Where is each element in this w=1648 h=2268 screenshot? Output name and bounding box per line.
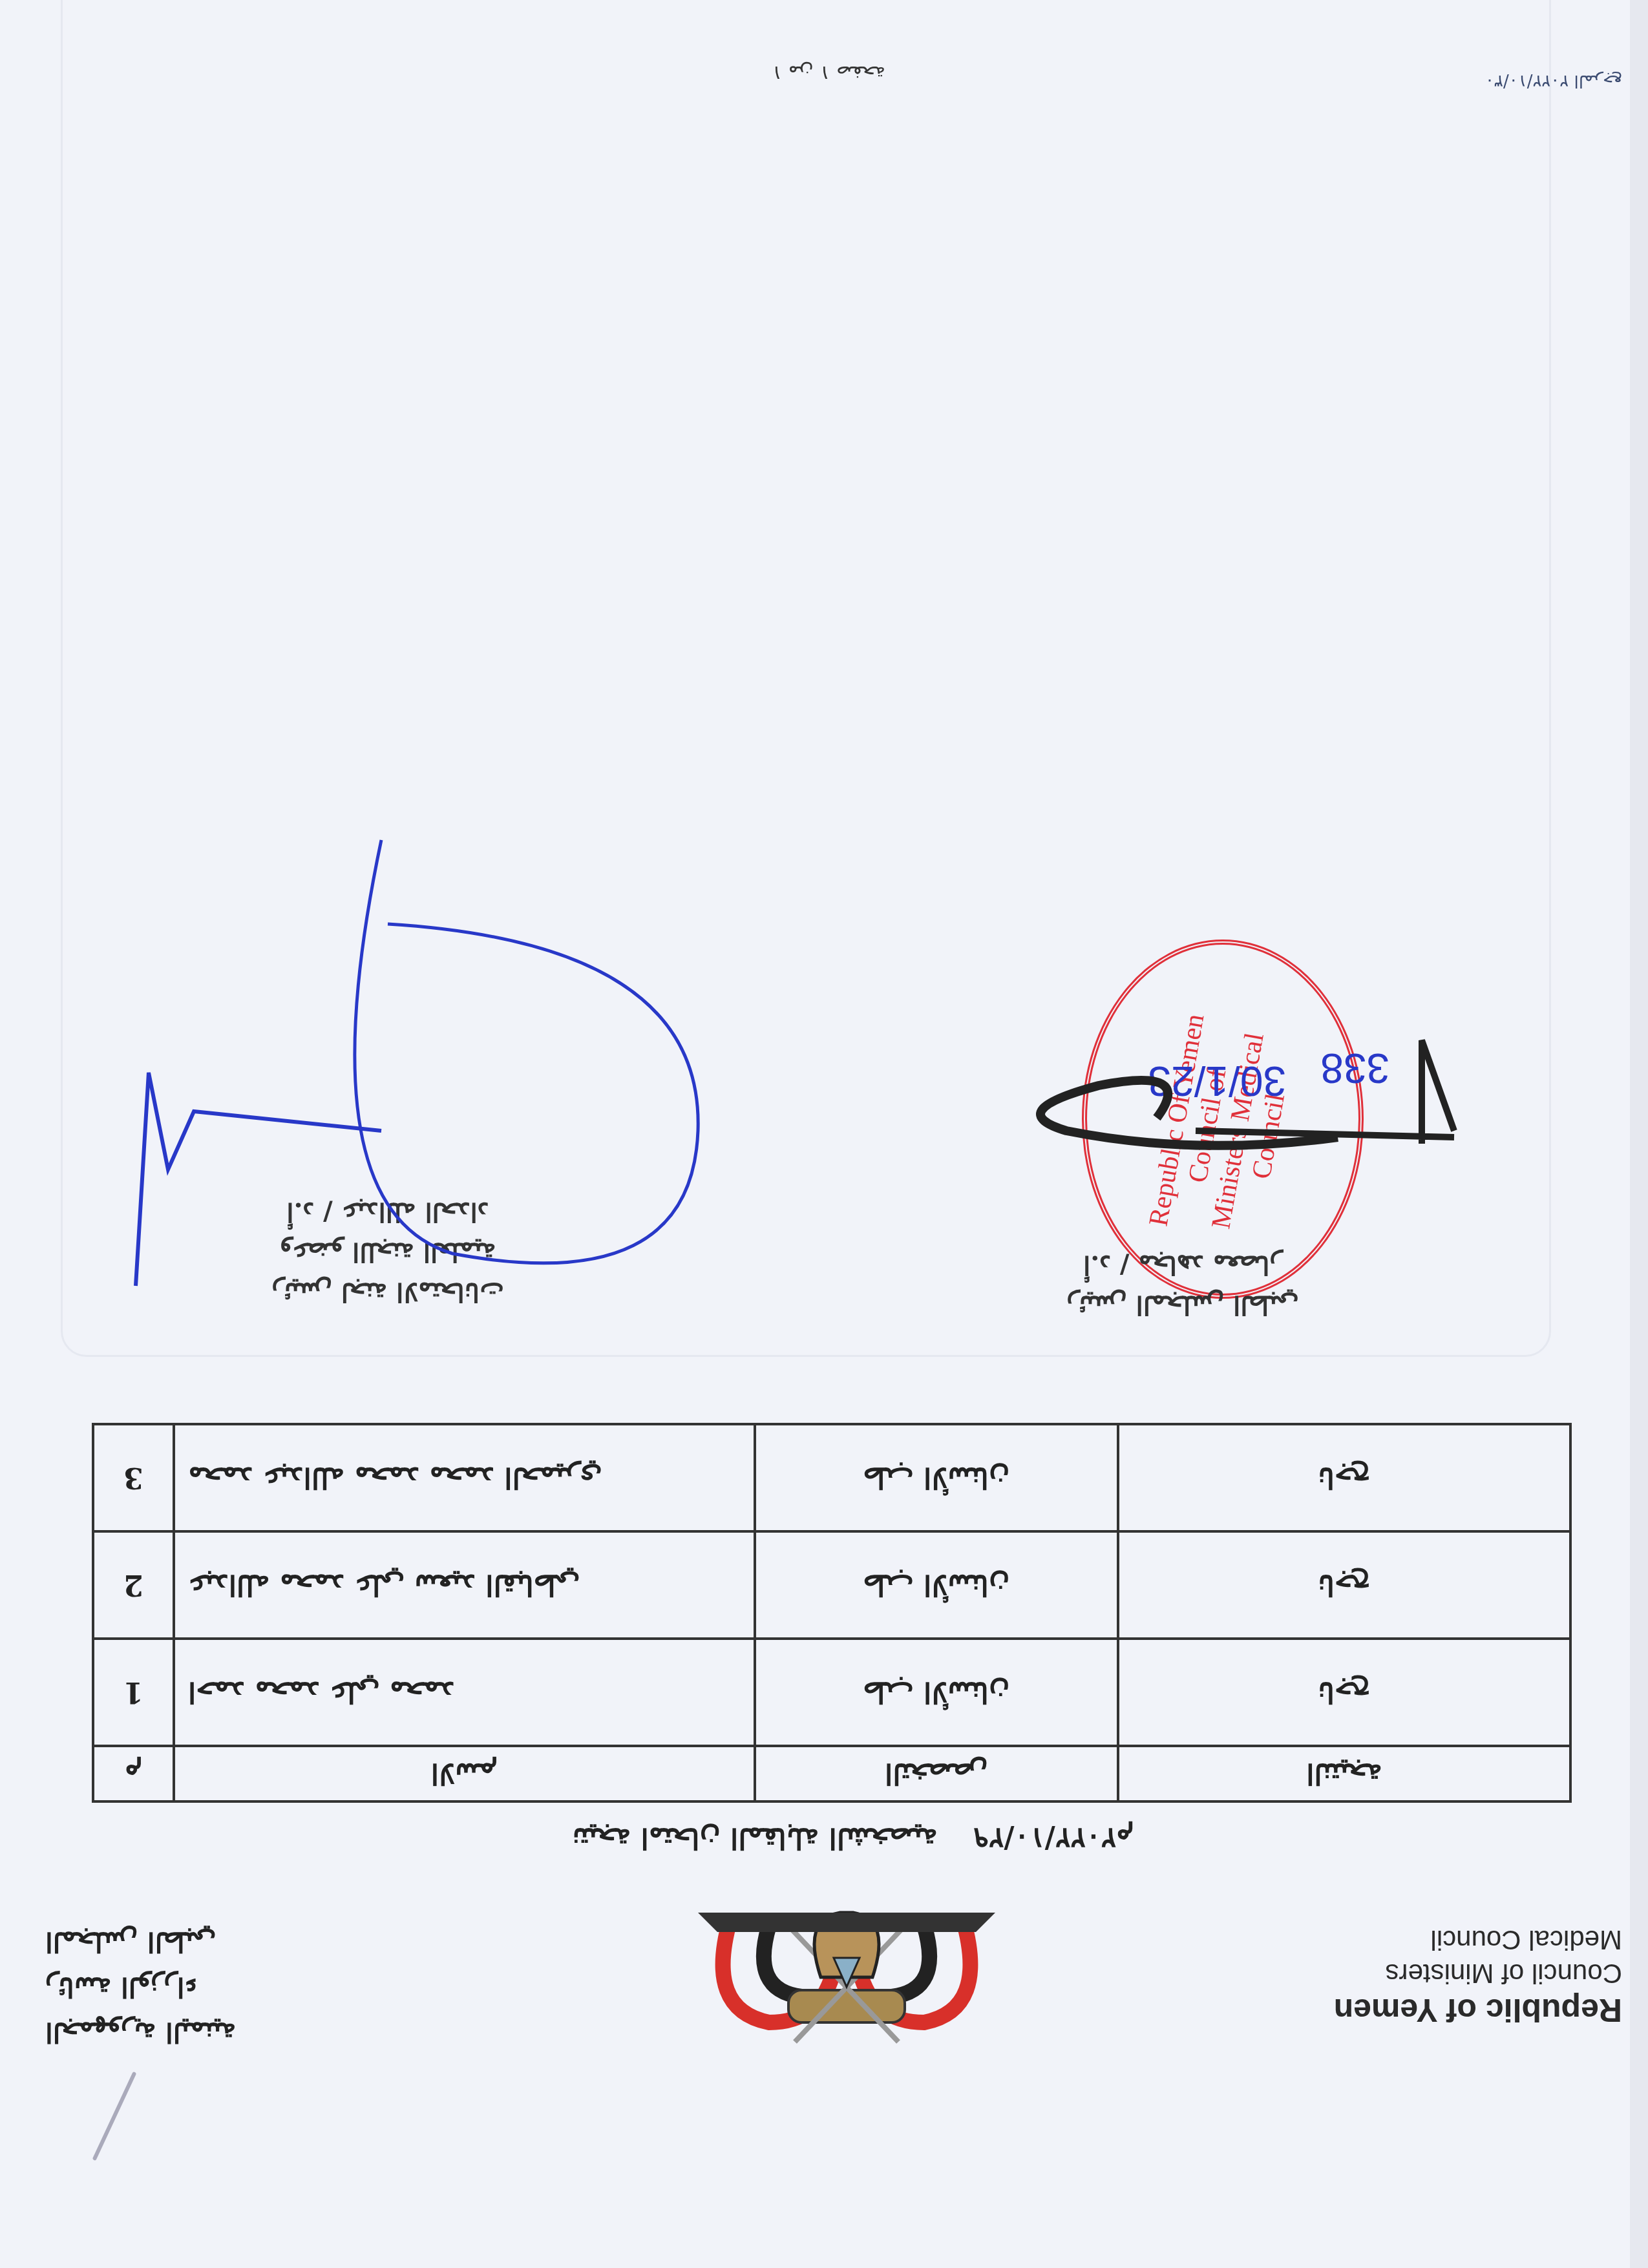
scanned-document-page: Republic of Yemen Council of Ministers M… bbox=[0, 0, 1648, 2268]
reference-line: ٢٠٢٢/١٠/٣٠ المرجع bbox=[1485, 71, 1622, 90]
handwritten-signatures bbox=[0, 0, 1648, 2268]
page-number: ١ من ١ صفحة bbox=[772, 61, 885, 84]
examiner-signature-icon bbox=[355, 840, 698, 1263]
